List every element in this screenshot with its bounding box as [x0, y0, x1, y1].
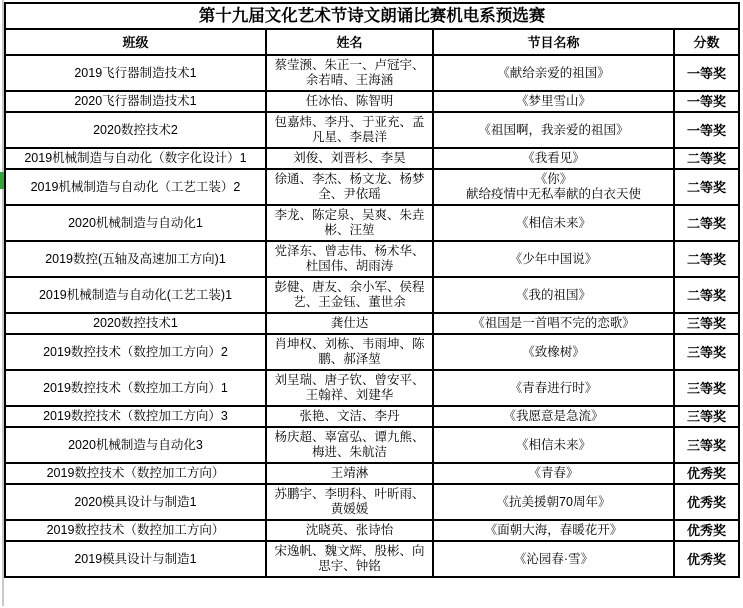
program-cell: 《我看见》	[433, 148, 674, 169]
class-cell: 2020机械制造与自动化1	[5, 205, 266, 241]
award-cell: 三等奖	[674, 370, 739, 406]
table-row: 2020飞行器制造技术1 任冰怡、陈智明 《梦里雪山》 一等奖	[5, 91, 739, 112]
class-cell: 2019数控技术（数控加工方向）3	[5, 406, 266, 427]
names-cell: 包嘉炜、李丹、于亚充、孟凡星、李晨洋	[266, 112, 433, 148]
cell-selection-marker	[0, 172, 4, 189]
award-cell: 一等奖	[674, 55, 739, 91]
award-cell: 一等奖	[674, 91, 739, 112]
table-row: 2020数控技术1 龚仕达 《祖国是一首唱不完的恋歌》 三等奖	[5, 313, 739, 334]
table-row: 2019机械制造与自动化（数字化设计）1 刘俊、刘晋杉、李昊 《我看见》 二等奖	[5, 148, 739, 169]
class-cell: 2019模具设计与制造1	[5, 541, 266, 577]
class-cell: 2019机械制造与自动化（工艺工装）2	[5, 169, 266, 205]
program-cell: 《梦里雪山》	[433, 91, 674, 112]
program-cell: 《祖国是一首唱不完的恋歌》	[433, 313, 674, 334]
class-cell: 2019数控技术（数控加工方向）2	[5, 334, 266, 370]
names-cell: 张艳、文洁、李丹	[266, 406, 433, 427]
table-row: 2019数控技术（数控加工方向） 王靖淋 《青春》 优秀奖	[5, 463, 739, 484]
class-cell: 2020数控技术2	[5, 112, 266, 148]
class-cell: 2019数控(五轴及高速加工方向)1	[5, 241, 266, 277]
table-row: 2019数控技术（数控加工方向）3 张艳、文洁、李丹 《我愿意是急流》 三等奖	[5, 406, 739, 427]
table-row: 2019数控技术（数控加工方向） 沈晓英、张诗怡 《面朝大海，春暖花开》 优秀奖	[5, 520, 739, 541]
results-table: 第十九届文化艺术节诗文朗诵比赛机电系预选赛 班级 姓名 节目名称 分数 2019…	[4, 2, 740, 578]
names-cell: 李龙、陈定泉、吴爽、朱垚彬、汪堃	[266, 205, 433, 241]
program-cell: 《青春》	[433, 463, 674, 484]
program-cell: 《抗美援朝70周年》	[433, 484, 674, 520]
table-row: 2019飞行器制造技术1 蔡莹滪、朱正一、卢冠宇、余若晴、王海涵 《献给亲爱的祖…	[5, 55, 739, 91]
award-cell: 三等奖	[674, 313, 739, 334]
class-cell: 2020模具设计与制造1	[5, 484, 266, 520]
table-row: 2020机械制造与自动化3 杨庆超、辜富弘、谭九熊、梅进、朱航洁 《相信未来》 …	[5, 427, 739, 463]
program-cell: 《相信未来》	[433, 427, 674, 463]
table-row: 2020机械制造与自动化1 李龙、陈定泉、吴爽、朱垚彬、汪堃 《相信未来》 二等…	[5, 205, 739, 241]
program-cell: 《致橡树》	[433, 334, 674, 370]
class-cell: 2019机械制造与自动化(工艺工装)1	[5, 277, 266, 313]
program-cell: 《相信未来》	[433, 205, 674, 241]
table-row: 2019机械制造与自动化(工艺工装)1 彭健、唐友、余小军、侯程艺、王金钰、董世…	[5, 277, 739, 313]
award-cell: 优秀奖	[674, 520, 739, 541]
program-cell: 《我愿意是急流》	[433, 406, 674, 427]
names-cell: 肖坤权、刘栋、韦雨坤、陈鹏、郝泽堃	[266, 334, 433, 370]
award-cell: 一等奖	[674, 112, 739, 148]
names-cell: 徐通、李杰、杨文龙、杨梦全、尹依瑶	[266, 169, 433, 205]
award-cell: 优秀奖	[674, 484, 739, 520]
names-cell: 杨庆超、辜富弘、谭九熊、梅进、朱航洁	[266, 427, 433, 463]
class-cell: 2020数控技术1	[5, 313, 266, 334]
names-cell: 沈晓英、张诗怡	[266, 520, 433, 541]
program-cell: 《沁园春·雪》	[433, 541, 674, 577]
class-cell: 2019机械制造与自动化（数字化设计）1	[5, 148, 266, 169]
program-cell: 《你》 献给疫情中无私奉献的白衣天使	[433, 169, 674, 205]
names-cell: 刘俊、刘晋杉、李昊	[266, 148, 433, 169]
award-cell: 三等奖	[674, 406, 739, 427]
program-cell: 《少年中国说》	[433, 241, 674, 277]
header-row: 班级 姓名 节目名称 分数	[5, 29, 739, 55]
names-cell: 彭健、唐友、余小军、侯程艺、王金钰、董世余	[266, 277, 433, 313]
spreadsheet-canvas: 第十九届文化艺术节诗文朗诵比赛机电系预选赛 班级 姓名 节目名称 分数 2019…	[0, 0, 743, 608]
page-title: 第十九届文化艺术节诗文朗诵比赛机电系预选赛	[5, 3, 739, 29]
names-cell: 党泽东、曾志伟、杨术华、杜国伟、胡雨涛	[266, 241, 433, 277]
header-names: 姓名	[266, 29, 433, 55]
award-cell: 二等奖	[674, 148, 739, 169]
table-row: 2020模具设计与制造1 苏鹏宇、李明科、叶昕雨、黄媛媛 《抗美援朝70周年》 …	[5, 484, 739, 520]
class-cell: 2019数控技术（数控加工方向）	[5, 520, 266, 541]
names-cell: 刘呈瑞、唐子钦、曾安平、王翰祥、刘建华	[266, 370, 433, 406]
names-cell: 任冰怡、陈智明	[266, 91, 433, 112]
names-cell: 苏鹏宇、李明科、叶昕雨、黄媛媛	[266, 484, 433, 520]
award-cell: 三等奖	[674, 427, 739, 463]
class-cell: 2019数控技术（数控加工方向）1	[5, 370, 266, 406]
names-cell: 蔡莹滪、朱正一、卢冠宇、余若晴、王海涵	[266, 55, 433, 91]
program-cell: 《祖国啊，我亲爱的祖国》	[433, 112, 674, 148]
program-cell: 《我的祖国》	[433, 277, 674, 313]
header-score: 分数	[674, 29, 739, 55]
names-cell: 王靖淋	[266, 463, 433, 484]
award-cell: 优秀奖	[674, 463, 739, 484]
table-row: 2019数控(五轴及高速加工方向)1 党泽东、曾志伟、杨术华、杜国伟、胡雨涛 《…	[5, 241, 739, 277]
award-cell: 优秀奖	[674, 541, 739, 577]
table-row: 2019模具设计与制造1 宋逸帆、魏文辉、殷彬、向思宇、钟铭 《沁园春·雪》 优…	[5, 541, 739, 577]
table-row: 2019数控技术（数控加工方向）1 刘呈瑞、唐子钦、曾安平、王翰祥、刘建华 《青…	[5, 370, 739, 406]
award-cell: 二等奖	[674, 169, 739, 205]
table-row: 2019数控技术（数控加工方向）2 肖坤权、刘栋、韦雨坤、陈鹏、郝泽堃 《致橡树…	[5, 334, 739, 370]
award-cell: 二等奖	[674, 277, 739, 313]
names-cell: 宋逸帆、魏文辉、殷彬、向思宇、钟铭	[266, 541, 433, 577]
class-cell: 2020机械制造与自动化3	[5, 427, 266, 463]
header-class: 班级	[5, 29, 266, 55]
program-cell: 《青春进行时》	[433, 370, 674, 406]
class-cell: 2019飞行器制造技术1	[5, 55, 266, 91]
award-cell: 二等奖	[674, 241, 739, 277]
header-program: 节目名称	[433, 29, 674, 55]
program-cell: 《献给亲爱的祖国》	[433, 55, 674, 91]
title-row: 第十九届文化艺术节诗文朗诵比赛机电系预选赛	[5, 3, 739, 29]
table-row: 2019机械制造与自动化（工艺工装）2 徐通、李杰、杨文龙、杨梦全、尹依瑶 《你…	[5, 169, 739, 205]
award-cell: 三等奖	[674, 334, 739, 370]
names-cell: 龚仕达	[266, 313, 433, 334]
program-cell: 《面朝大海，春暖花开》	[433, 520, 674, 541]
class-cell: 2019数控技术（数控加工方向）	[5, 463, 266, 484]
class-cell: 2020飞行器制造技术1	[5, 91, 266, 112]
award-cell: 二等奖	[674, 205, 739, 241]
table-row: 2020数控技术2 包嘉炜、李丹、于亚充、孟凡星、李晨洋 《祖国啊，我亲爱的祖国…	[5, 112, 739, 148]
